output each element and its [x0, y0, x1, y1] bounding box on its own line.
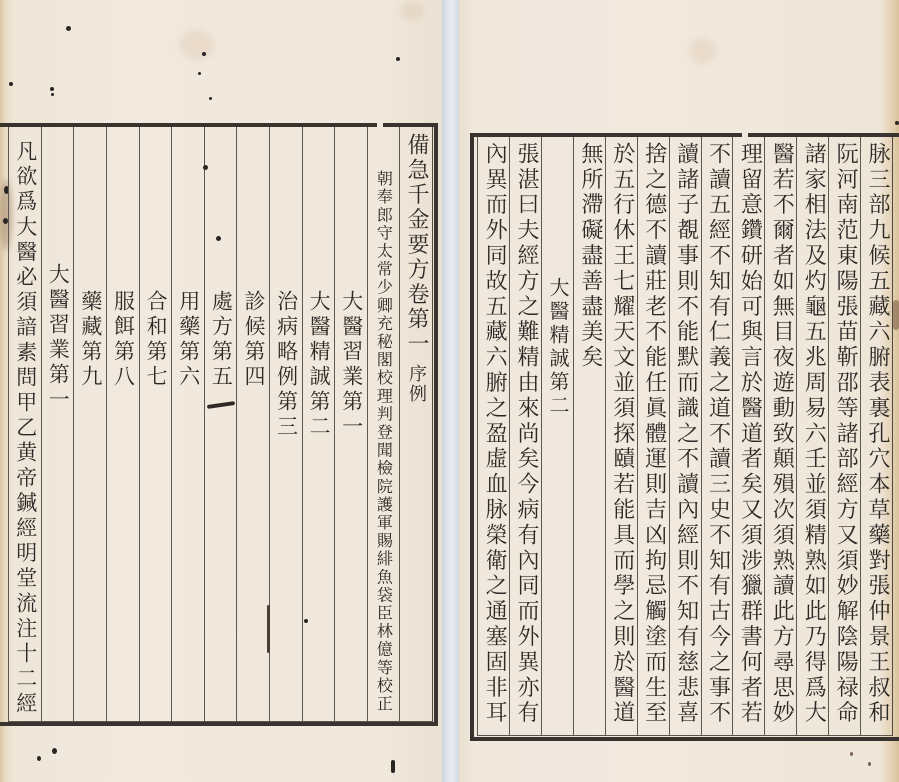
text-line: 張湛曰夫經方之難精由來尚矣今病有內同而外異亦有: [509, 137, 541, 735]
ink-spot: [37, 756, 41, 761]
ink-spot: [216, 236, 221, 241]
ink-spot: [868, 762, 871, 766]
ink-spot: [51, 93, 54, 96]
ink-spot: [198, 72, 201, 75]
paper-stain: [180, 30, 214, 60]
ink-spot: [66, 26, 71, 31]
editor-credit-line: 朝奉郎守太常少卿充秘閣校理判登聞檢院護軍賜緋魚袋臣林億等校正: [367, 127, 400, 721]
text-line: 於五行休王七耀天文並須探賾若能具而學之則於醫道: [605, 137, 637, 735]
toc-entry: 服餌第八: [106, 127, 139, 721]
text-line: 凡欲爲大醫必須諳素問甲乙黄帝鍼經明堂流注十二經: [8, 127, 41, 721]
volume-title: 備急千金要方卷第一: [404, 133, 429, 357]
section-heading: 大醫精誠第二: [541, 137, 573, 735]
ink-spot: [391, 760, 395, 773]
ink-smear: [267, 605, 270, 653]
ink-spot: [209, 97, 212, 100]
toc-entry: 合和第七: [139, 127, 172, 721]
text-line: 諸家相法及灼龜五兆周易六壬並須精熟如此乃得爲大: [796, 137, 828, 735]
toc-entry: 大醫習業第一: [334, 127, 367, 721]
toc-entry: 用藥第六: [171, 127, 204, 721]
ink-spot: [895, 121, 899, 125]
ink-spot: [52, 748, 57, 754]
text-line: 醫若不爾者如無目夜遊動致顛殞次須熟讀此方尋思妙: [764, 137, 796, 735]
text-line: 無所滯礙盡善盡美矣: [573, 137, 605, 735]
page-gutter: [442, 0, 459, 782]
text-line: 理留意鑽研始可與言於醫道者矣又須涉獵群書何者若: [732, 137, 764, 735]
toc-entry: 處方第五: [204, 127, 237, 721]
text-line: 脉三部九候五藏六腑表裏孔穴本草藥對張仲景王叔和: [860, 137, 892, 735]
ink-spot: [396, 57, 400, 61]
text-line: 阮河南范東陽張苗靳邵等諸部經方又須妙解陰陽禄命: [828, 137, 860, 735]
left-page-columns: 備急千金要方卷第一序例 朝奉郎守太常少卿充秘閣校理判登聞檢院護軍賜緋魚袋臣林億等…: [8, 127, 433, 722]
toc-entry: 大醫精誠第二: [302, 127, 335, 721]
ink-smear: [893, 300, 899, 330]
ink-spot: [304, 619, 308, 623]
toc-entry: 診候第四: [236, 127, 269, 721]
toc-entry: 藥藏第九: [73, 127, 106, 721]
paper-stain: [690, 38, 716, 64]
text-line: 捨之德不讀莊老不能任眞體運則吉凶拘忌觸塗而生至: [637, 137, 669, 735]
section-heading: 大醫習業第一: [41, 127, 74, 721]
text-line: 不讀五經不知有仁義之道不讀三史不知有古今之事不: [701, 137, 733, 735]
toc-entry: 治病略例第三: [269, 127, 302, 721]
ink-spot: [202, 52, 206, 56]
volume-title-column: 備急千金要方卷第一序例: [399, 127, 432, 721]
text-line: 讀諸子覩事則不能默而識之不讀內經則不知有慈悲喜: [669, 137, 701, 735]
ink-spot: [9, 82, 13, 86]
ink-spot: [850, 752, 853, 756]
paper-stain: [400, 2, 424, 20]
ink-spot: [203, 165, 208, 170]
volume-subtitle: 序例: [406, 364, 427, 404]
right-page-columns: 脉三部九候五藏六腑表裏孔穴本草藥對張仲景王叔和 阮河南范東陽張苗靳邵等諸部經方又…: [477, 137, 893, 736]
text-line: 內異而外同故五藏六腑之盈虛血脉榮衛之通塞固非耳: [477, 137, 509, 735]
ink-spot: [50, 87, 54, 91]
